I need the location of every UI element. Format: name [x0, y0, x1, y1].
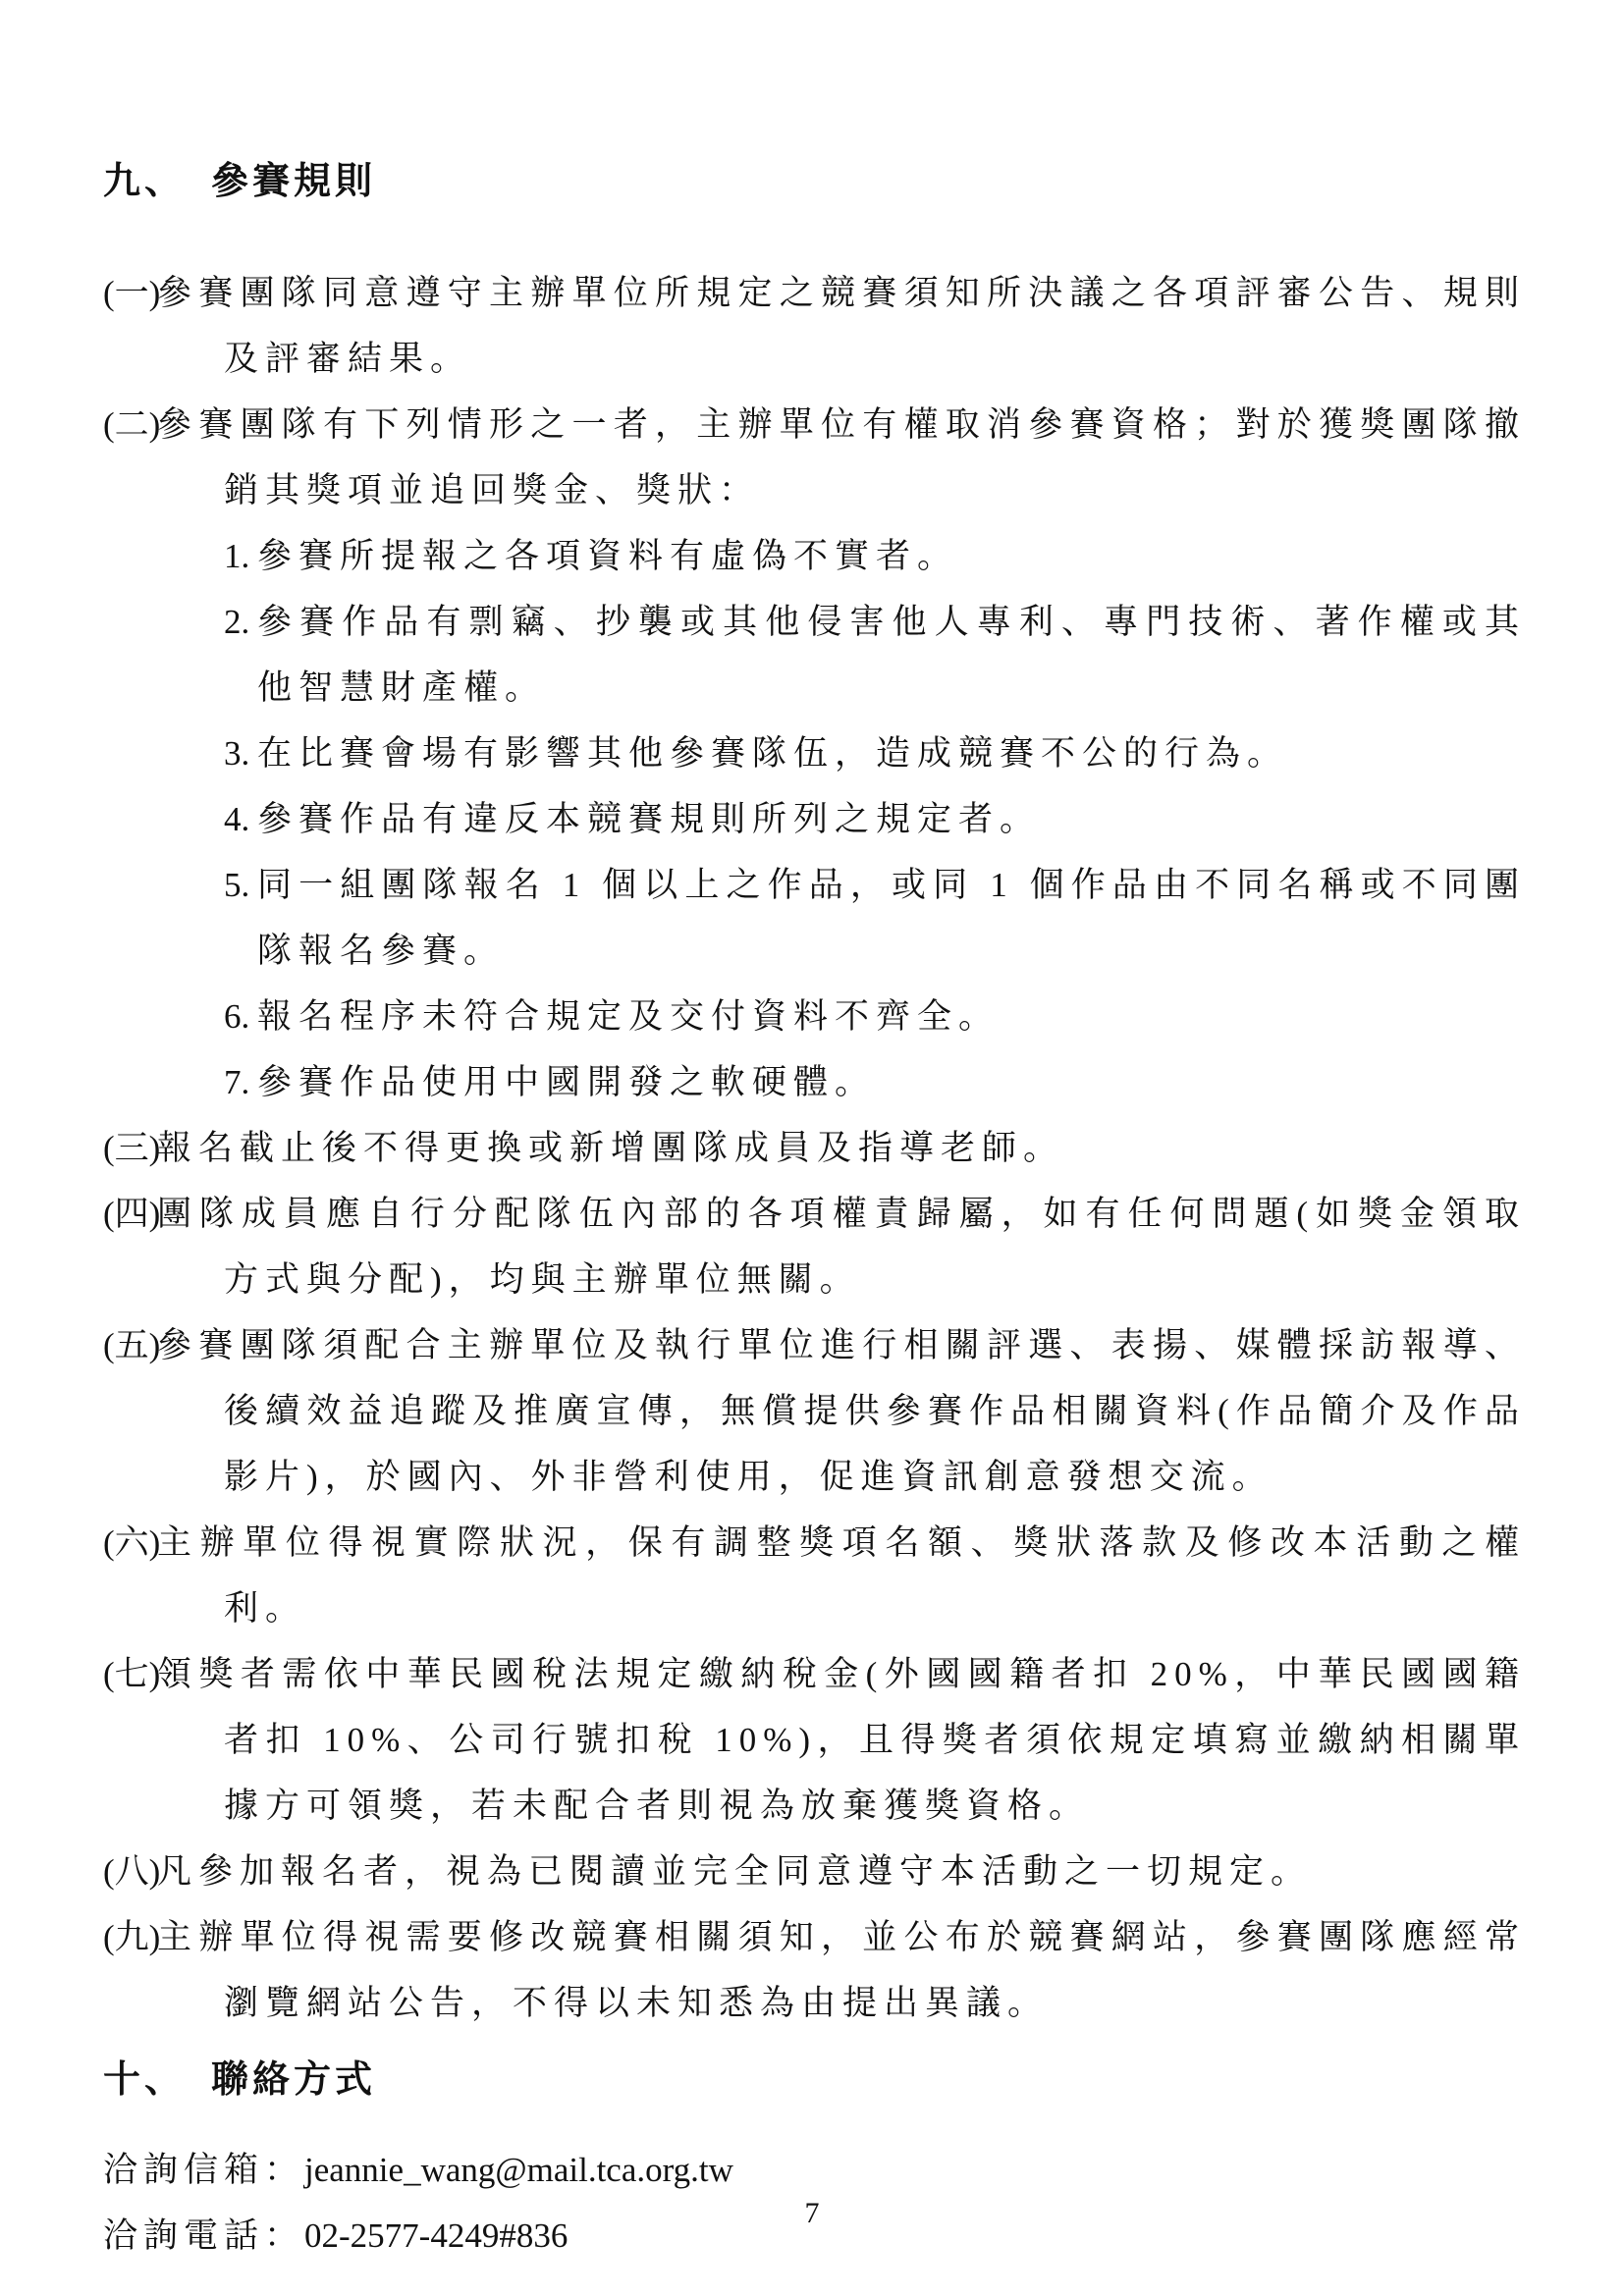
rule-subitem-4: 4. 參賽作品有違反本競賽規則所列之規定者。 — [103, 786, 1526, 852]
rule-subitem-2: 2. 參賽作品有剽竊、抄襲或其他侵害他人專利、專門技術、著作權或其他智慧財產權。 — [103, 589, 1526, 721]
rule-item-3: (三) 報名截止後不得更換或新增團隊成員及指導老師。 — [103, 1115, 1526, 1181]
contact-email-label: 洽詢信箱： — [103, 2151, 304, 2189]
rule-subitem-1-marker: 1. — [224, 523, 249, 589]
section-9-number: 九、 — [103, 161, 186, 202]
section-9-heading: 九、參賽規則 — [103, 149, 1526, 215]
rule-subitem-7-text: 參賽作品使用中國開發之軟硬體。 — [257, 1049, 1526, 1115]
section-9-title: 參賽規則 — [211, 161, 376, 202]
rule-subitem-5: 5. 同一組團隊報名 1 個以上之作品，或同 1 個作品由不同名稱或不同團隊報名… — [103, 852, 1526, 984]
rule-subitem-7: 7. 參賽作品使用中國開發之軟硬體。 — [103, 1049, 1526, 1115]
rule-subitem-6-marker: 6. — [224, 984, 249, 1049]
section-10-title: 聯絡方式 — [211, 2059, 376, 2101]
page-number: 7 — [0, 2197, 1624, 2230]
rule-subitem-4-marker: 4. — [224, 786, 249, 852]
rule-item-2: (二) 參賽團隊有下列情形之一者，主辦單位有權取消參賽資格；對於獲獎團隊撤銷其獎… — [103, 392, 1526, 523]
rule-item-7-marker: (七) — [103, 1641, 162, 1707]
rule-item-1: (一) 參賽團隊同意遵守主辦單位所規定之競賽須知所決議之各項評審公告、規則及評審… — [103, 260, 1526, 392]
rule-item-9-marker: (九) — [103, 1904, 162, 1970]
rule-subitem-3-marker: 3. — [224, 721, 249, 786]
rule-item-2-marker: (二) — [103, 392, 162, 457]
rule-subitem-6-text: 報名程序未符合規定及交付資料不齊全。 — [257, 984, 1526, 1049]
rule-subitem-5-text: 同一組團隊報名 1 個以上之作品，或同 1 個作品由不同名稱或不同團隊報名參賽。 — [257, 852, 1526, 984]
rule-subitem-7-marker: 7. — [224, 1049, 249, 1115]
rule-subitem-2-text: 參賽作品有剽竊、抄襲或其他侵害他人專利、專門技術、著作權或其他智慧財產權。 — [257, 589, 1526, 721]
rule-item-6-text: 主辦單位得視實際狀況，保有調整獎項名額、獎狀落款及修改本活動之權利。 — [224, 1510, 1526, 1641]
contact-email-line: 洽詢信箱：jeannie_wang@mail.tca.org.tw — [103, 2137, 1526, 2203]
section-10-heading: 十、聯絡方式 — [103, 2048, 1526, 2113]
contact-email-value: jeannie_wang@mail.tca.org.tw — [304, 2151, 733, 2189]
rule-subitem-1: 1. 參賽所提報之各項資料有虛偽不實者。 — [103, 523, 1526, 589]
rule-item-9-text: 主辦單位得視需要修改競賽相關須知，並公布於競賽網站，參賽團隊應經常瀏覽網站公告，… — [224, 1904, 1526, 2036]
rule-item-5-marker: (五) — [103, 1312, 162, 1378]
rule-item-8-text: 凡參加報名者，視為已閱讀並完全同意遵守本活動之一切規定。 — [224, 1839, 1526, 1904]
rule-subitem-3: 3. 在比賽會場有影響其他參賽隊伍，造成競賽不公的行為。 — [103, 721, 1526, 786]
rule-item-4: (四) 團隊成員應自行分配隊伍內部的各項權責歸屬，如有任何問題(如獎金領取方式與… — [103, 1181, 1526, 1312]
rule-item-5: (五) 參賽團隊須配合主辦單位及執行單位進行相關評選、表揚、媒體採訪報導、後續效… — [103, 1312, 1526, 1510]
rule-subitem-2-marker: 2. — [224, 589, 249, 655]
rule-item-4-marker: (四) — [103, 1181, 162, 1247]
rule-item-3-text: 報名截止後不得更換或新增團隊成員及指導老師。 — [224, 1115, 1526, 1181]
rule-subitem-3-text: 在比賽會場有影響其他參賽隊伍，造成競賽不公的行為。 — [257, 721, 1526, 786]
rule-item-1-marker: (一) — [103, 260, 162, 326]
rule-item-7-text: 領獎者需依中華民國稅法規定繳納稅金(外國國籍者扣 20%，中華民國國籍者扣 10… — [224, 1641, 1526, 1839]
rule-item-8-marker: (八) — [103, 1839, 162, 1904]
rule-item-6-marker: (六) — [103, 1510, 162, 1575]
rule-item-6: (六) 主辦單位得視實際狀況，保有調整獎項名額、獎狀落款及修改本活動之權利。 — [103, 1510, 1526, 1641]
rule-item-8: (八) 凡參加報名者，視為已閱讀並完全同意遵守本活動之一切規定。 — [103, 1839, 1526, 1904]
rule-item-2-text: 參賽團隊有下列情形之一者，主辦單位有權取消參賽資格；對於獲獎團隊撤銷其獎項並追回… — [224, 392, 1526, 523]
document-page: 九、參賽規則 (一) 參賽團隊同意遵守主辦單位所規定之競賽須知所決議之各項評審公… — [0, 0, 1624, 2296]
rule-item-5-text: 參賽團隊須配合主辦單位及執行單位進行相關評選、表揚、媒體採訪報導、後續效益追蹤及… — [224, 1312, 1526, 1510]
rule-subitem-4-text: 參賽作品有違反本競賽規則所列之規定者。 — [257, 786, 1526, 852]
rule-item-3-marker: (三) — [103, 1115, 162, 1181]
rule-item-9: (九) 主辦單位得視需要修改競賽相關須知，並公布於競賽網站，參賽團隊應經常瀏覽網… — [103, 1904, 1526, 2036]
rule-item-7: (七) 領獎者需依中華民國稅法規定繳納稅金(外國國籍者扣 20%，中華民國國籍者… — [103, 1641, 1526, 1839]
rule-subitem-5-marker: 5. — [224, 852, 249, 918]
rule-item-1-text: 參賽團隊同意遵守主辦單位所規定之競賽須知所決議之各項評審公告、規則及評審結果。 — [224, 260, 1526, 392]
rule-subitem-1-text: 參賽所提報之各項資料有虛偽不實者。 — [257, 523, 1526, 589]
section-10-number: 十、 — [103, 2059, 186, 2101]
rule-item-4-text: 團隊成員應自行分配隊伍內部的各項權責歸屬，如有任何問題(如獎金領取方式與分配)，… — [224, 1181, 1526, 1312]
rule-subitem-6: 6. 報名程序未符合規定及交付資料不齊全。 — [103, 984, 1526, 1049]
